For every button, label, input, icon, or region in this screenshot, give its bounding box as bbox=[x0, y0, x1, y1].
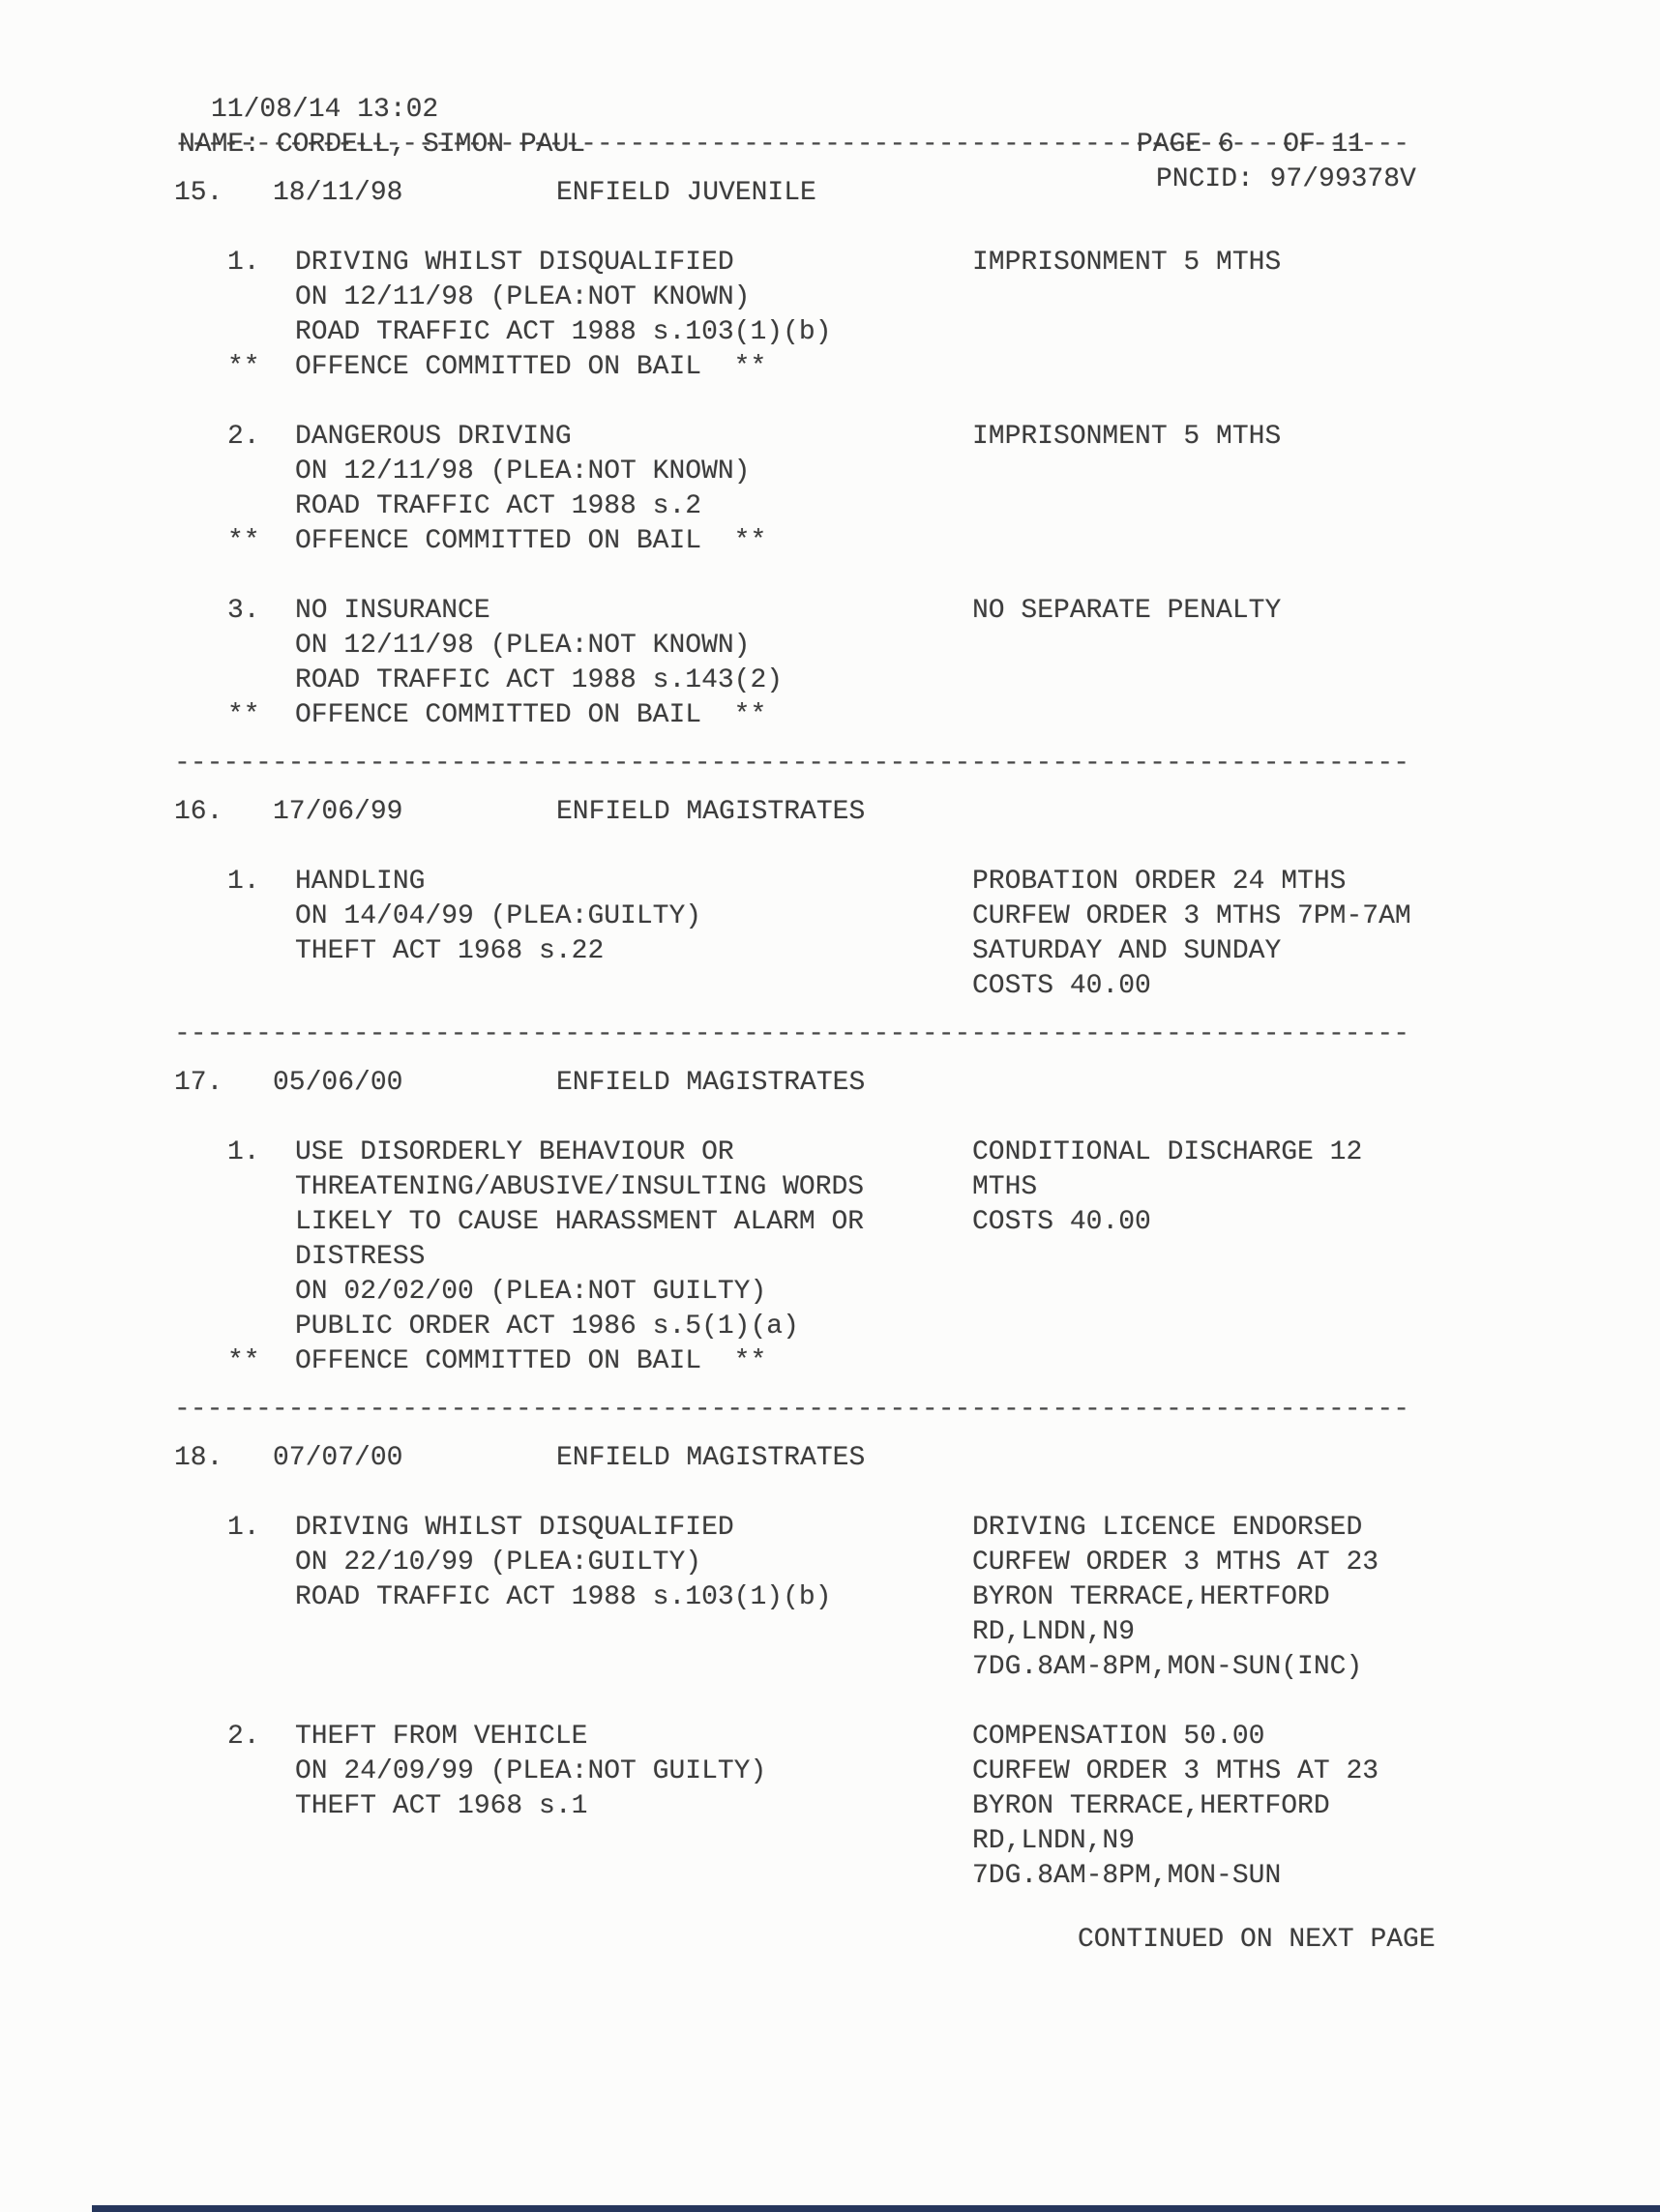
offence-number: 1. bbox=[227, 1135, 260, 1170]
conviction-date: 07/07/00 bbox=[273, 1441, 402, 1476]
offence-line: DISTRESS bbox=[295, 1240, 972, 1275]
offence-line: ROAD TRAFFIC ACT 1988 s.143(2) bbox=[295, 664, 972, 698]
bail-note-row: **OFFENCE COMMITTED ON BAIL ** bbox=[0, 698, 1660, 733]
offence-line: ON 24/09/99 (PLEA:NOT GUILTY) bbox=[295, 1755, 972, 1789]
sentence-line: IMPRISONMENT 5 MTHS bbox=[972, 420, 1514, 455]
conviction-header: 17.05/06/00ENFIELD MAGISTRATES bbox=[0, 1066, 1660, 1101]
offence-text: DRIVING WHILST DISQUALIFIEDON 12/11/98 (… bbox=[295, 246, 972, 350]
bail-note-row: **OFFENCE COMMITTED ON BAIL ** bbox=[0, 1344, 1660, 1379]
offence-text: DRIVING WHILST DISQUALIFIEDON 22/10/99 (… bbox=[295, 1511, 972, 1615]
offence-line: LIKELY TO CAUSE HARASSMENT ALARM OR bbox=[295, 1205, 972, 1240]
sentence-line: DRIVING LICENCE ENDORSED bbox=[972, 1511, 1514, 1546]
bail-note: OFFENCE COMMITTED ON BAIL ** bbox=[295, 1344, 1660, 1379]
sentence-line: SATURDAY AND SUNDAY bbox=[972, 934, 1514, 969]
sentence-line: COSTS 40.00 bbox=[972, 1205, 1514, 1240]
sentence-text: PROBATION ORDER 24 MTHSCURFEW ORDER 3 MT… bbox=[972, 865, 1514, 1004]
scanned-record-page: 11/08/14 13:02 PAGE 6 OF 11 NAME: CORDEL… bbox=[0, 0, 1660, 2212]
sentence-line: 7DG.8AM-8PM,MON-SUN(INC) bbox=[972, 1650, 1514, 1685]
sentence-line: BYRON TERRACE,HERTFORD bbox=[972, 1789, 1514, 1824]
sentence-line: CURFEW ORDER 3 MTHS AT 23 bbox=[972, 1755, 1514, 1789]
sentence-line: MTHS bbox=[972, 1170, 1514, 1205]
offence-text: THEFT FROM VEHICLEON 24/09/99 (PLEA:NOT … bbox=[295, 1720, 972, 1824]
conviction-number: 17. bbox=[174, 1066, 222, 1101]
bail-note: OFFENCE COMMITTED ON BAIL ** bbox=[295, 698, 1660, 733]
conviction-date: 05/06/00 bbox=[273, 1066, 402, 1101]
offence-line: ROAD TRAFFIC ACT 1988 s.103(1)(b) bbox=[295, 315, 972, 350]
header-row-1: 11/08/14 13:02 PAGE 6 OF 11 bbox=[0, 58, 1660, 93]
offence-line: PUBLIC ORDER ACT 1986 s.5(1)(a) bbox=[295, 1310, 972, 1344]
sentence-line: PROBATION ORDER 24 MTHS bbox=[972, 865, 1514, 900]
offence-line: ON 22/10/99 (PLEA:GUILTY) bbox=[295, 1546, 972, 1580]
offence-line: USE DISORDERLY BEHAVIOUR OR bbox=[295, 1135, 972, 1170]
sentence-text: DRIVING LICENCE ENDORSEDCURFEW ORDER 3 M… bbox=[972, 1511, 1514, 1685]
page-header: 11/08/14 13:02 PAGE 6 OF 11 NAME: CORDEL… bbox=[0, 0, 1660, 162]
sentence-text: COMPENSATION 50.00CURFEW ORDER 3 MTHS AT… bbox=[972, 1720, 1514, 1894]
sentence-text: IMPRISONMENT 5 MTHS bbox=[972, 246, 1514, 280]
convictions: 15.18/11/98ENFIELD JUVENILE1.DRIVING WHI… bbox=[0, 176, 1660, 1894]
bail-marker: ** bbox=[227, 350, 260, 385]
court-name: ENFIELD MAGISTRATES bbox=[556, 1066, 865, 1101]
sentence-text: NO SEPARATE PENALTY bbox=[972, 594, 1514, 629]
dashed-separator: ----------------------------------------… bbox=[174, 747, 1422, 782]
offence-number: 1. bbox=[227, 1511, 260, 1546]
court-name: ENFIELD JUVENILE bbox=[556, 176, 816, 211]
offence-line: NO INSURANCE bbox=[295, 594, 972, 629]
conviction-header: 18.07/07/00ENFIELD MAGISTRATES bbox=[0, 1441, 1660, 1476]
offence-line: ON 14/04/99 (PLEA:GUILTY) bbox=[295, 900, 972, 934]
offence-line: DRIVING WHILST DISQUALIFIED bbox=[295, 1511, 972, 1546]
conviction-header: 15.18/11/98ENFIELD JUVENILE bbox=[0, 176, 1660, 211]
bail-note-row: **OFFENCE COMMITTED ON BAIL ** bbox=[0, 524, 1660, 559]
sentence-text: IMPRISONMENT 5 MTHS bbox=[972, 420, 1514, 455]
sentence-text: CONDITIONAL DISCHARGE 12MTHSCOSTS 40.00 bbox=[972, 1135, 1514, 1240]
offence-line: ON 12/11/98 (PLEA:NOT KNOWN) bbox=[295, 455, 972, 489]
offence-line: THREATENING/ABUSIVE/INSULTING WORDS bbox=[295, 1170, 972, 1205]
offence-line: DANGEROUS DRIVING bbox=[295, 420, 972, 455]
offence-block: 3.NO INSURANCEON 12/11/98 (PLEA:NOT KNOW… bbox=[0, 594, 1660, 733]
conviction-block: 18.07/07/00ENFIELD MAGISTRATES1.DRIVING … bbox=[0, 1441, 1660, 1894]
conviction-block: 17.05/06/00ENFIELD MAGISTRATES1.USE DISO… bbox=[0, 1066, 1660, 1379]
offence-line: THEFT ACT 1968 s.22 bbox=[295, 934, 972, 969]
offence-block: 1.HANDLINGON 14/04/99 (PLEA:GUILTY)THEFT… bbox=[0, 865, 1660, 1004]
offence-number: 1. bbox=[227, 246, 260, 280]
court-name: ENFIELD MAGISTRATES bbox=[556, 795, 865, 830]
sentence-line: RD,LNDN,N9 bbox=[972, 1615, 1514, 1650]
offence-block: 2.DANGEROUS DRIVINGON 12/11/98 (PLEA:NOT… bbox=[0, 420, 1660, 559]
sentence-line: CURFEW ORDER 3 MTHS AT 23 bbox=[972, 1546, 1514, 1580]
offence-number: 3. bbox=[227, 594, 260, 629]
sentence-line: IMPRISONMENT 5 MTHS bbox=[972, 246, 1514, 280]
offence-number: 2. bbox=[227, 1720, 260, 1755]
sentence-line: NO SEPARATE PENALTY bbox=[972, 594, 1514, 629]
offence-line: THEFT ACT 1968 s.1 bbox=[295, 1789, 972, 1824]
bail-note-row: **OFFENCE COMMITTED ON BAIL ** bbox=[0, 350, 1660, 385]
offence-text: NO INSURANCEON 12/11/98 (PLEA:NOT KNOWN)… bbox=[295, 594, 972, 698]
header-row-2: NAME: CORDELL, SIMON PAUL PNCID: 97/9937… bbox=[0, 93, 1660, 128]
bail-marker: ** bbox=[227, 698, 260, 733]
offence-line: ON 02/02/00 (PLEA:NOT GUILTY) bbox=[295, 1275, 972, 1310]
sentence-line: RD,LNDN,N9 bbox=[972, 1824, 1514, 1859]
court-name: ENFIELD MAGISTRATES bbox=[556, 1441, 865, 1476]
offence-line: ON 12/11/98 (PLEA:NOT KNOWN) bbox=[295, 280, 972, 315]
sentence-line: CURFEW ORDER 3 MTHS 7PM-7AM bbox=[972, 900, 1514, 934]
offence-number: 1. bbox=[227, 865, 260, 900]
offence-text: USE DISORDERLY BEHAVIOUR ORTHREATENING/A… bbox=[295, 1135, 972, 1344]
sentence-line: COMPENSATION 50.00 bbox=[972, 1720, 1514, 1755]
offence-line: THEFT FROM VEHICLE bbox=[295, 1720, 972, 1755]
page-number: PAGE 6 OF 11 bbox=[1137, 128, 1364, 162]
bail-note: OFFENCE COMMITTED ON BAIL ** bbox=[295, 524, 1660, 559]
sentence-line: COSTS 40.00 bbox=[972, 969, 1514, 1004]
conviction-header: 16.17/06/99ENFIELD MAGISTRATES bbox=[0, 795, 1660, 830]
conviction-date: 18/11/98 bbox=[273, 176, 402, 211]
bail-marker: ** bbox=[227, 524, 260, 559]
offence-block: 1.DRIVING WHILST DISQUALIFIEDON 22/10/99… bbox=[0, 1511, 1660, 1685]
conviction-block: 15.18/11/98ENFIELD JUVENILE1.DRIVING WHI… bbox=[0, 176, 1660, 733]
offence-number: 2. bbox=[227, 420, 260, 455]
offence-block: 1.DRIVING WHILST DISQUALIFIEDON 12/11/98… bbox=[0, 246, 1660, 385]
subject-name: NAME: CORDELL, SIMON PAUL bbox=[179, 128, 585, 162]
dashed-separator: ----------------------------------------… bbox=[174, 1393, 1422, 1428]
bail-marker: ** bbox=[227, 1344, 260, 1379]
offence-line: ROAD TRAFFIC ACT 1988 s.2 bbox=[295, 489, 972, 524]
dashed-separator: ----------------------------------------… bbox=[174, 1018, 1422, 1052]
offence-text: DANGEROUS DRIVINGON 12/11/98 (PLEA:NOT K… bbox=[295, 420, 972, 524]
offence-block: 2.THEFT FROM VEHICLEON 24/09/99 (PLEA:NO… bbox=[0, 1720, 1660, 1894]
conviction-block: 16.17/06/99ENFIELD MAGISTRATES1.HANDLING… bbox=[0, 795, 1660, 1004]
conviction-date: 17/06/99 bbox=[273, 795, 402, 830]
sentence-line: BYRON TERRACE,HERTFORD bbox=[972, 1580, 1514, 1615]
conviction-number: 18. bbox=[174, 1441, 222, 1476]
offence-line: ON 12/11/98 (PLEA:NOT KNOWN) bbox=[295, 629, 972, 664]
continued-note: CONTINUED ON NEXT PAGE bbox=[1078, 1923, 1660, 1958]
offence-block: 1.USE DISORDERLY BEHAVIOUR ORTHREATENING… bbox=[0, 1135, 1660, 1379]
sentence-line: CONDITIONAL DISCHARGE 12 bbox=[972, 1135, 1514, 1170]
offence-line: DRIVING WHILST DISQUALIFIED bbox=[295, 246, 972, 280]
sentence-line: 7DG.8AM-8PM,MON-SUN bbox=[972, 1859, 1514, 1894]
offence-line: ROAD TRAFFIC ACT 1988 s.103(1)(b) bbox=[295, 1580, 972, 1615]
offence-line: HANDLING bbox=[295, 865, 972, 900]
conviction-number: 15. bbox=[174, 176, 222, 211]
conviction-number: 16. bbox=[174, 795, 222, 830]
bail-note: OFFENCE COMMITTED ON BAIL ** bbox=[295, 350, 1660, 385]
offence-text: HANDLINGON 14/04/99 (PLEA:GUILTY)THEFT A… bbox=[295, 865, 972, 969]
scan-edge-bar bbox=[92, 2205, 1660, 2212]
